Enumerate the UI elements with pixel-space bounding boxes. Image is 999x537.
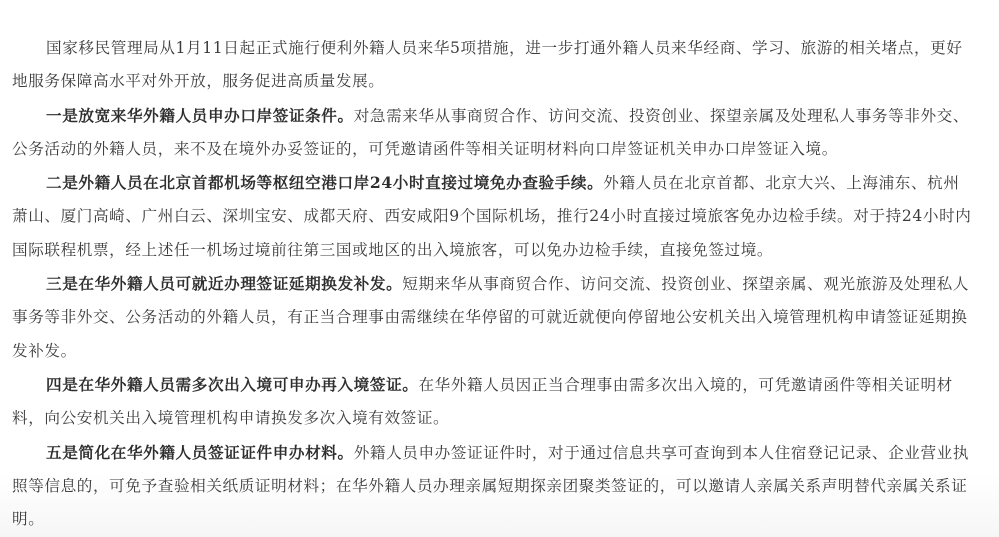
article-body: 国家移民管理局从1月11日起正式施行便利外籍人员来华5项措施，进一步打通外籍人员…: [12, 32, 972, 536]
measure-paragraph-1: 一是放宽来华外籍人员申办口岸签证条件。对急需来华从事商贸合作、访问交流、投资创业…: [12, 99, 972, 167]
measure-heading-4: 四是在华外籍人员需多次出入境可申办再入境签证。: [46, 375, 418, 394]
measure-paragraph-2: 二是外籍人员在北京首都机场等枢纽空港口岸24小时直接过境免办查验手续。外籍人员在…: [12, 166, 972, 267]
measure-paragraph-4: 四是在华外籍人员需多次出入境可申办再入境签证。在华外籍人员因正当合理事由需多次出…: [12, 368, 972, 436]
measure-heading-3: 三是在华外籍人员可就近办理签证延期换发补发。: [46, 274, 402, 293]
intro-text: 国家移民管理局从1月11日起正式施行便利外籍人员来华5项措施，进一步打通外籍人员…: [12, 39, 963, 90]
intro-paragraph: 国家移民管理局从1月11日起正式施行便利外籍人员来华5项措施，进一步打通外籍人员…: [12, 32, 972, 99]
measure-paragraph-5: 五是简化在华外籍人员签证证件申办材料。外籍人员申办签证证件时，对于通过信息共享可…: [12, 436, 972, 537]
measure-heading-1: 一是放宽来华外籍人员申办口岸签证条件。: [46, 106, 354, 125]
measure-heading-5: 五是简化在华外籍人员签证证件申办材料。: [46, 443, 354, 462]
measure-heading-2: 二是外籍人员在北京首都机场等枢纽空港口岸24小时直接过境免办查验手续。: [46, 173, 603, 192]
measure-paragraph-3: 三是在华外籍人员可就近办理签证延期换发补发。短期来华从事商贸合作、访问交流、投资…: [12, 267, 972, 368]
